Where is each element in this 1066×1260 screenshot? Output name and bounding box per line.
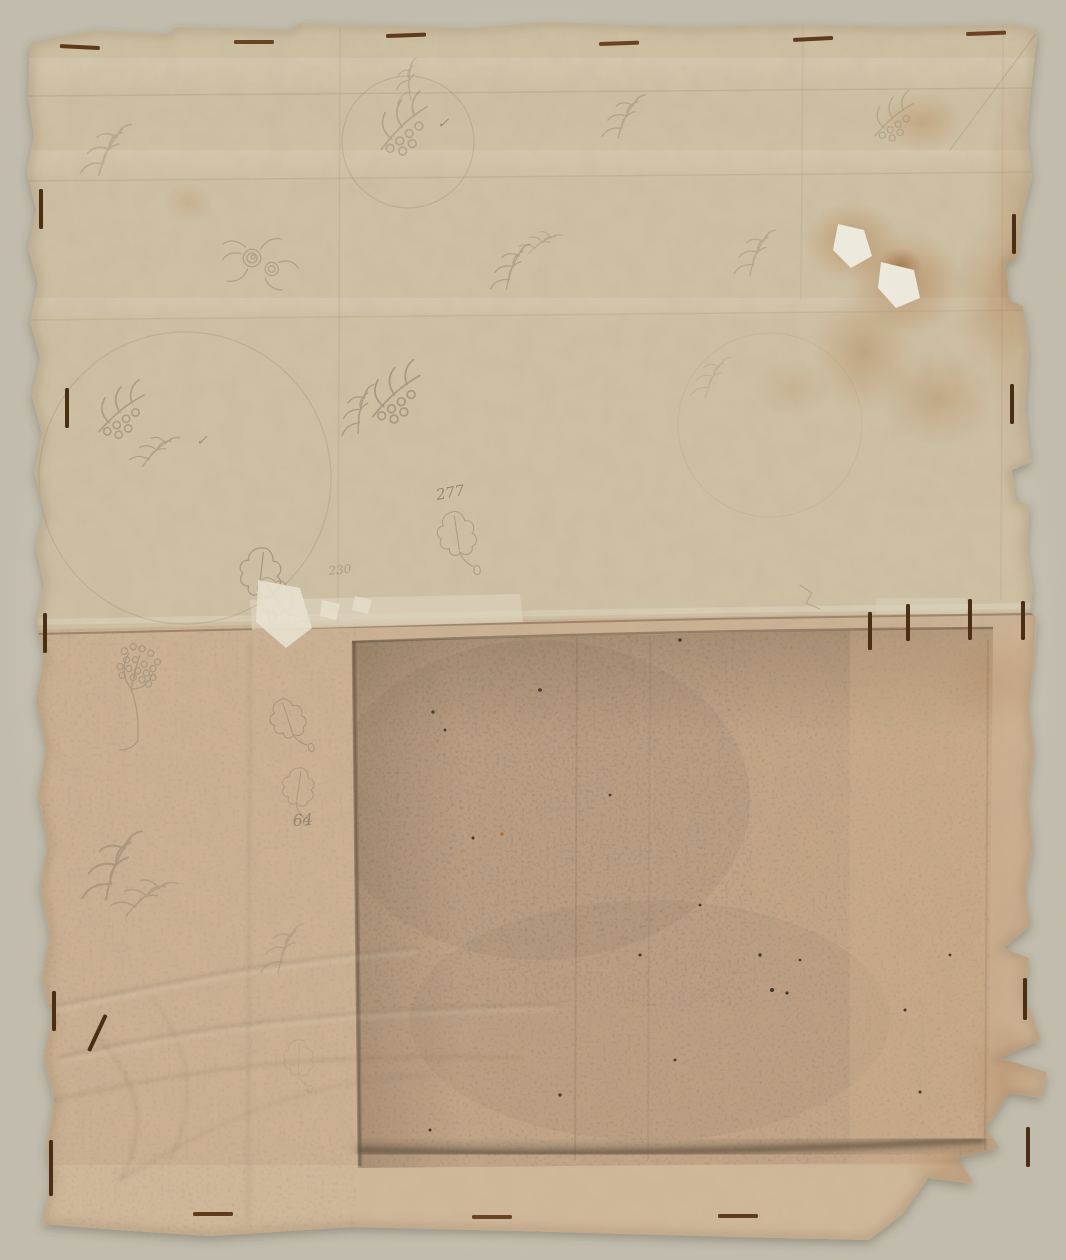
staple [1021, 601, 1025, 640]
staple [193, 1212, 233, 1216]
staple [968, 599, 972, 640]
staple [472, 1215, 512, 1219]
staple [1023, 978, 1027, 1020]
staple [1010, 384, 1014, 424]
aged-paper-scene: 277 230 64 ✓ ✓ [0, 0, 1066, 1260]
staple [1012, 214, 1016, 254]
staple [52, 991, 56, 1031]
staple [868, 612, 872, 650]
staple [718, 1214, 758, 1218]
staple [906, 604, 910, 641]
staple [1026, 1127, 1030, 1167]
staple [43, 613, 47, 653]
paper-sheet: 277 230 64 ✓ ✓ [20, 15, 1060, 1260]
staple [234, 40, 274, 44]
staple [39, 189, 43, 229]
artifact-photo: 277 230 64 ✓ ✓ [0, 0, 1066, 1260]
staple [65, 388, 69, 428]
paper-grain [20, 15, 1050, 1250]
staple [49, 1140, 53, 1196]
